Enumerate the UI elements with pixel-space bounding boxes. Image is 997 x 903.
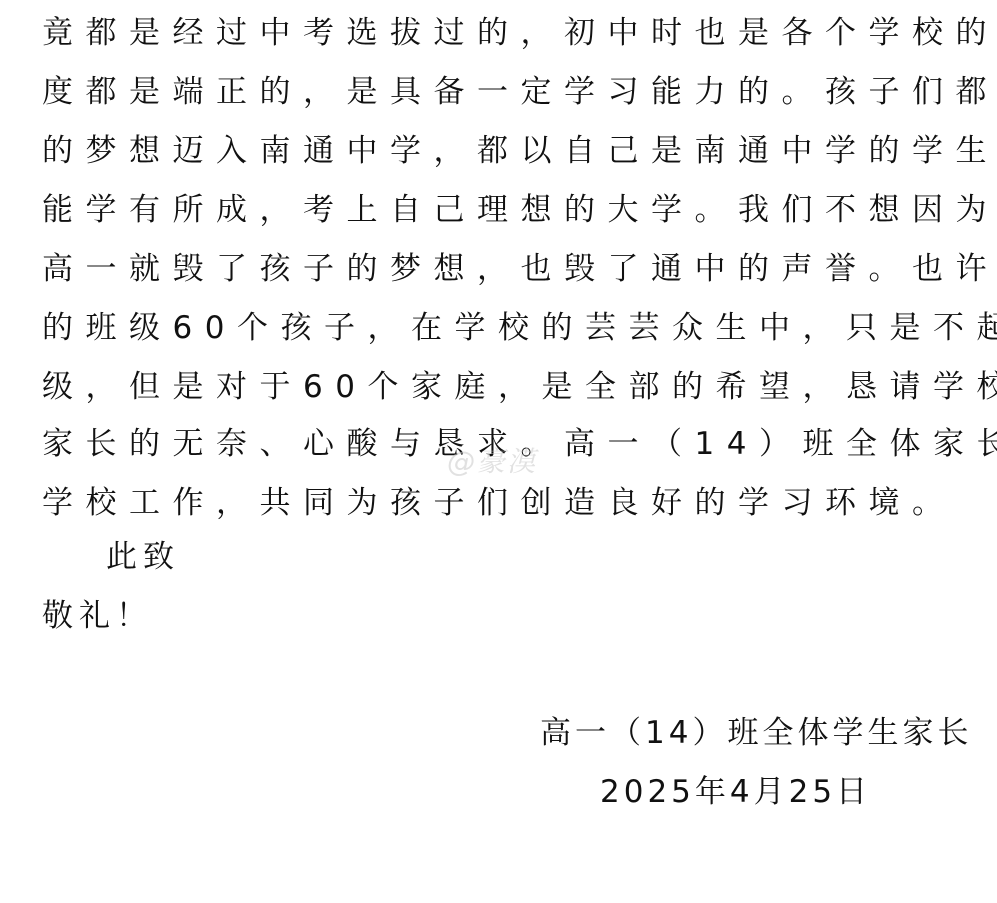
signature-author: 高一（14）班全体学生家长: [540, 704, 972, 763]
body-line-5: 高一就毁了孩子的梦想，也毁了通中的声誉。也许一个物化地: [42, 240, 997, 299]
closing-salutation: 此致: [106, 528, 180, 587]
body-line-7: 级，但是对于60个家庭，是全部的希望，恳请学校领导能理解: [42, 358, 997, 417]
body-line-1: 竟都是经过中考选拔过的，初中时也是各个学校的佼佼者，态: [42, 4, 997, 63]
signature-date: 2025年4月25日: [600, 763, 871, 822]
body-line-3: 的梦想迈入南通中学，都以自己是南通中学的学生为荣，希望: [42, 122, 997, 181]
body-line-2: 度都是端正的，是具备一定学习能力的。孩子们都是怀揣美好: [42, 63, 997, 122]
body-line-8: 家长的无奈、心酸与恳求。高一（14）班全体家长愿全力配合: [42, 415, 997, 474]
body-line-4: 能学有所成，考上自己理想的大学。我们不想因为某个老师在: [42, 181, 997, 240]
body-line-9: 学校工作，共同为孩子们创造良好的学习环境。: [42, 474, 956, 533]
closing-respect: 敬礼！: [42, 587, 153, 646]
body-line-6: 的班级60个孩子，在学校的芸芸众生中，只是不起眼的一个班: [42, 299, 997, 358]
